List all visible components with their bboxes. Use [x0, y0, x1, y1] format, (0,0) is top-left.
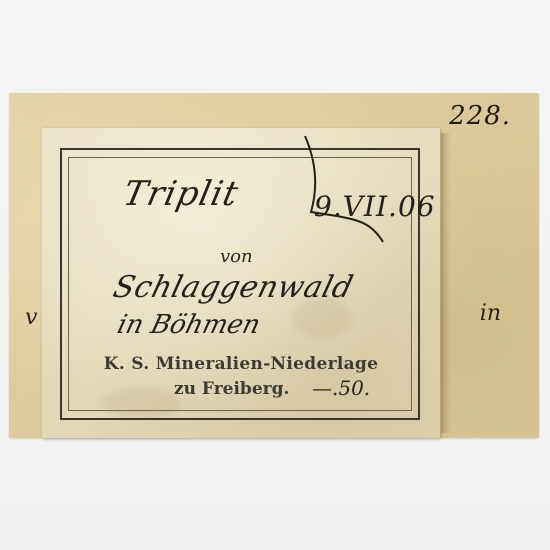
price: —.50. — [312, 376, 370, 400]
back-label-fragment-left: v — [25, 305, 37, 330]
acquisition-date: 9.VII.06 — [314, 190, 436, 223]
species-name: Triplit — [120, 174, 242, 214]
dealer-name: K. S. Mineralien-Niederlage — [42, 354, 440, 374]
front-label-card: Triplit 9.VII.06 von Schlaggenwald in Bö… — [42, 128, 440, 438]
dealer-city: zu Freiberg. — [174, 379, 289, 399]
label-shadow — [441, 133, 451, 433]
photo-stage: 228. v in Triplit 9.VII.06 von Schlaggen… — [0, 0, 550, 550]
catalog-number: 228. — [449, 101, 511, 131]
region-name: in Böhmen — [114, 310, 263, 340]
locality-name: Schlaggenwald — [110, 270, 357, 305]
date-bracket-mark — [297, 134, 387, 244]
back-label-fragment-right: in — [480, 301, 501, 326]
connector-word: von — [220, 246, 253, 267]
